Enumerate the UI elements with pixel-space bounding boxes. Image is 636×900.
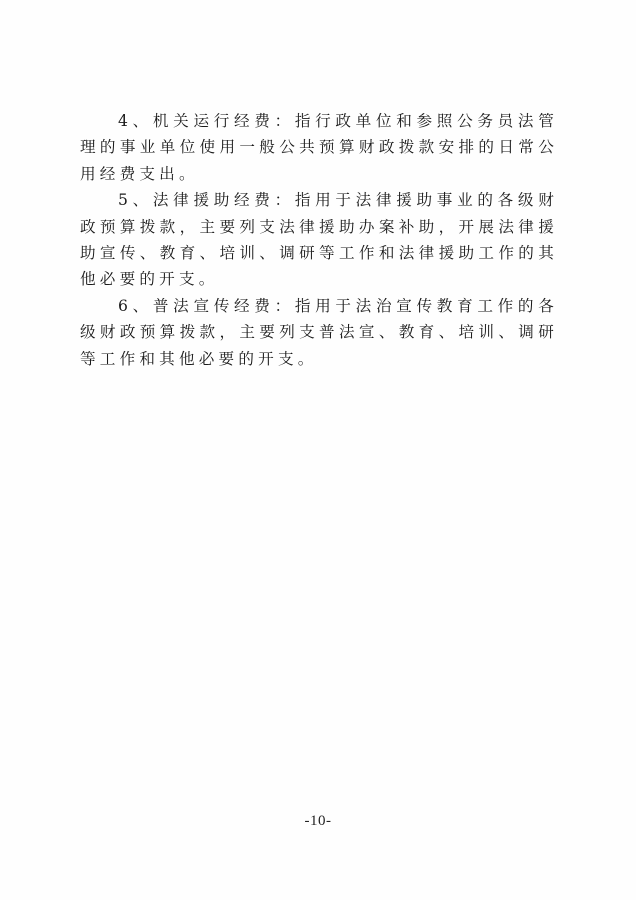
page-number: -10- <box>0 813 636 830</box>
paragraph-operating-expenses: 4、机关运行经费：指行政单位和参照公务员法管理的事业单位使用一般公共预算财政拨款… <box>80 108 558 187</box>
document-body: 4、机关运行经费：指行政单位和参照公务员法管理的事业单位使用一般公共预算财政拨款… <box>80 108 558 372</box>
document-page: 4、机关运行经费：指行政单位和参照公务员法管理的事业单位使用一般公共预算财政拨款… <box>0 0 636 900</box>
paragraph-legal-publicity-expenses: 6、普法宣传经费：指用于法治宣传教育工作的各级财政预算拨款，主要列支普法宣、教育… <box>80 293 558 372</box>
paragraph-legal-aid-expenses: 5、法律援助经费：指用于法律援助事业的各级财政预算拨款，主要列支法律援助办案补助… <box>80 187 558 293</box>
